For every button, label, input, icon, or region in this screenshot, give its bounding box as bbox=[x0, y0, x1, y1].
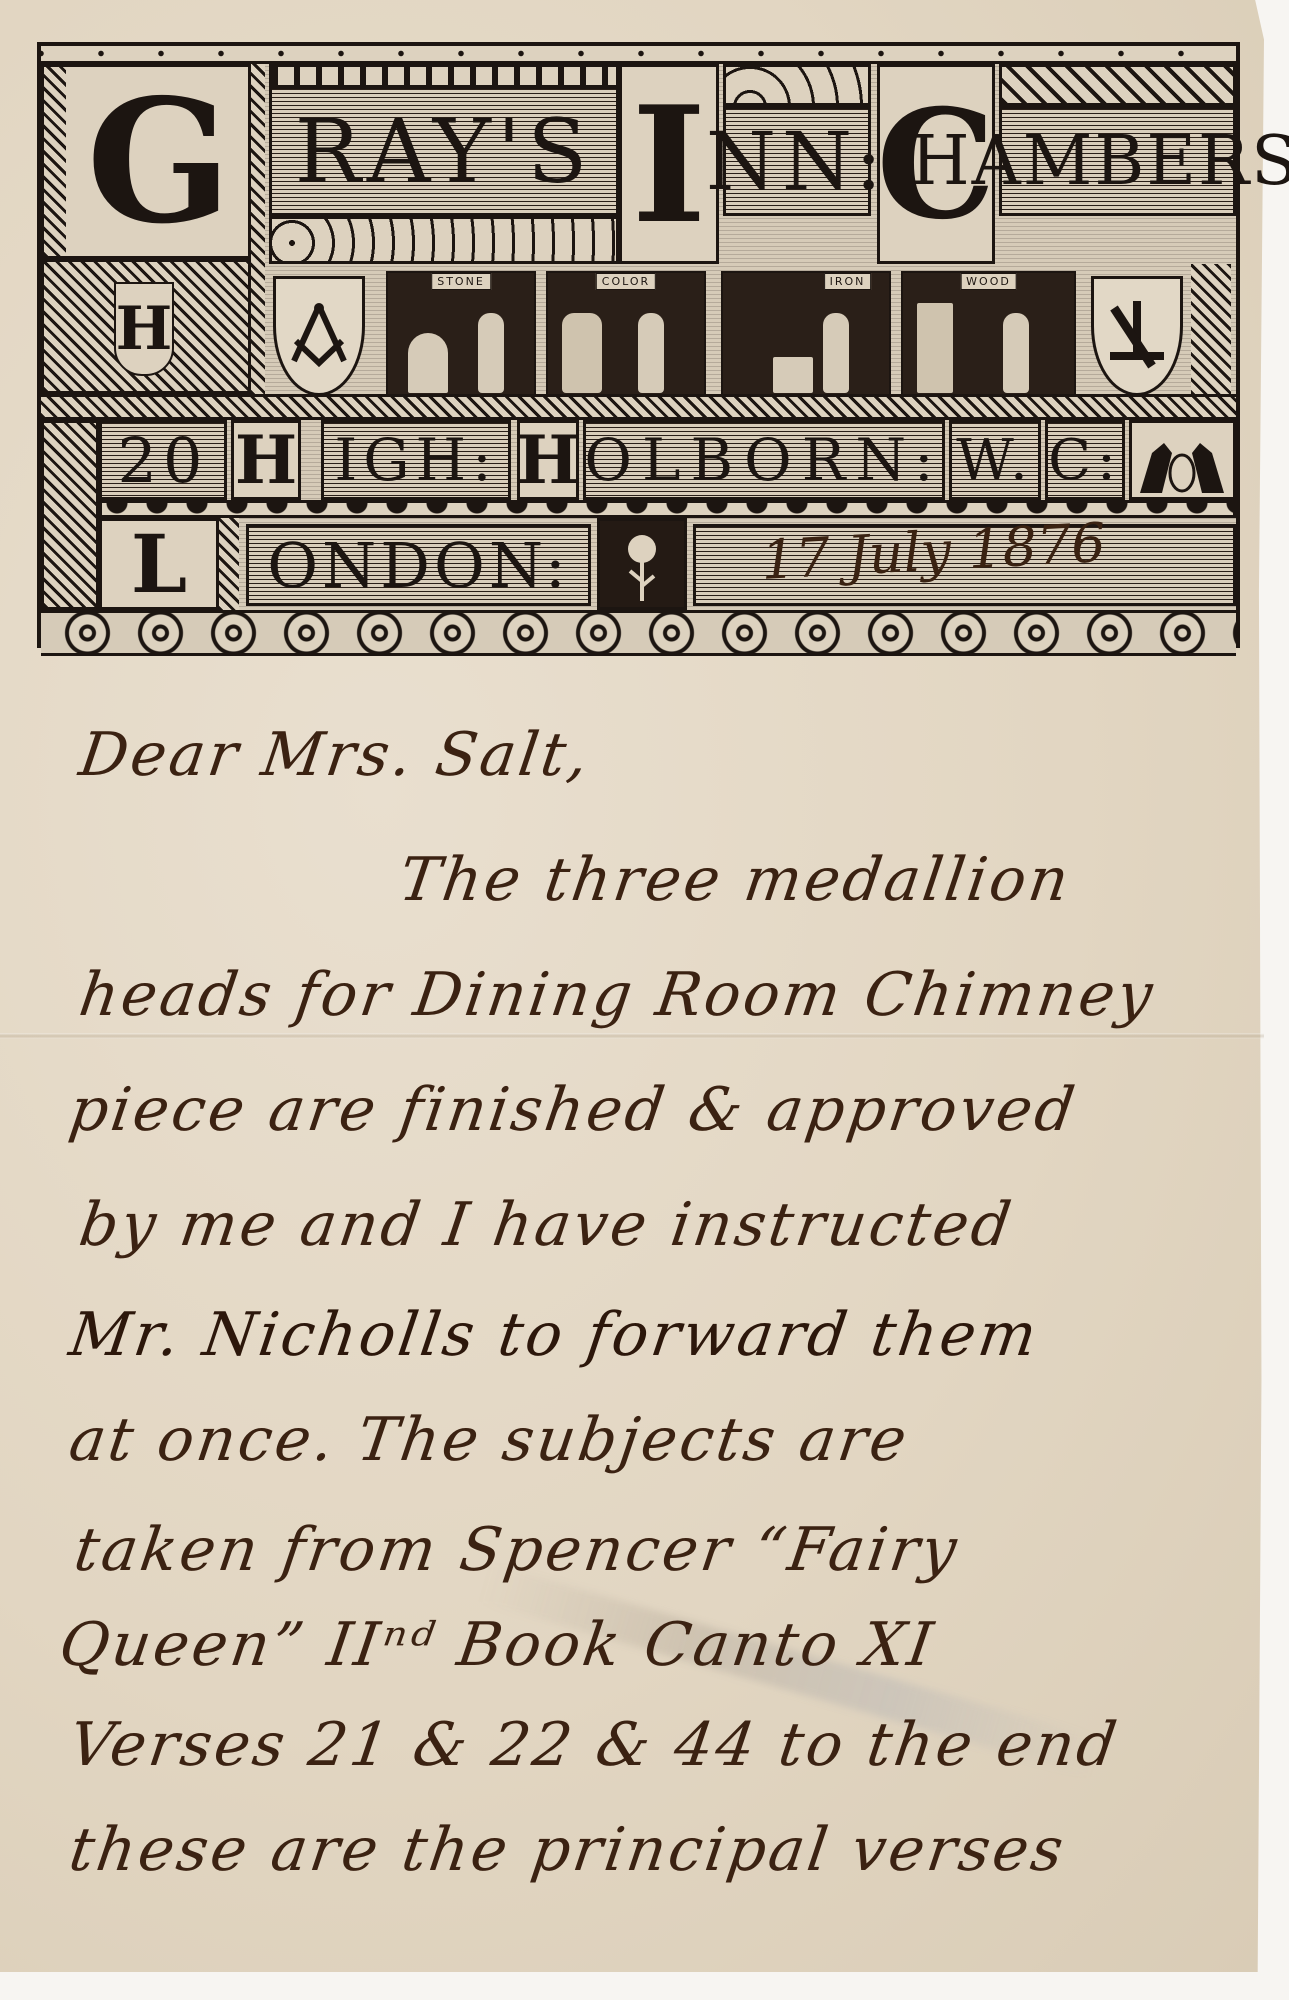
fold-crease bbox=[0, 1033, 1264, 1039]
hambers-panel: HAMBERS: bbox=[999, 106, 1236, 216]
salutation: Dear Mrs. Salt, bbox=[75, 720, 595, 790]
initial-l: L bbox=[102, 521, 216, 607]
high-panel: IGH: bbox=[321, 420, 511, 500]
letter-line-6: at once. The subjects are bbox=[65, 1405, 914, 1475]
letter-line-2: heads for Dining Room Chimney bbox=[75, 960, 1159, 1030]
frieze-1 bbox=[269, 64, 619, 88]
letter-line-4: by me and I have instructed bbox=[75, 1190, 1018, 1260]
london-panel: ONDON: bbox=[246, 524, 591, 606]
frieze-2 bbox=[269, 216, 619, 264]
plumb-rule-icon bbox=[1102, 296, 1172, 376]
letter-line-1: The three medallion bbox=[395, 845, 1076, 915]
left-column bbox=[41, 420, 99, 610]
initial-g: G bbox=[74, 77, 244, 247]
word-london: ONDON: bbox=[249, 527, 588, 603]
craft-panel-wood: WOOD bbox=[901, 271, 1076, 401]
initial-h2-panel: H bbox=[517, 420, 579, 500]
hatch-panel: H bbox=[41, 259, 251, 394]
craft-label-color: COLOR bbox=[596, 273, 656, 290]
letter-line-10: these are the principal verses bbox=[65, 1815, 1070, 1885]
letter-line-7: taken from Spencer “Fairy bbox=[70, 1515, 964, 1585]
craft-panel-stone: STONE bbox=[386, 271, 536, 401]
word-grays: RAY'S bbox=[272, 89, 616, 213]
word-high: IGH: bbox=[324, 423, 508, 497]
initial-h1: H bbox=[234, 423, 298, 497]
masonic-shield bbox=[273, 276, 365, 396]
grays-panel: RAY'S bbox=[269, 86, 619, 216]
number-panel: 20 bbox=[99, 420, 227, 500]
letter-line-8: Queen” IIⁿᵈ Book Canto XI bbox=[55, 1610, 940, 1680]
birds-panel bbox=[1129, 420, 1236, 500]
rosette-band bbox=[41, 610, 1236, 656]
thistle-icon bbox=[600, 521, 684, 607]
craft-label-iron: IRON bbox=[824, 273, 872, 290]
c-panel: C: bbox=[1045, 420, 1125, 500]
initial-i: I bbox=[622, 77, 716, 252]
arch-frieze bbox=[723, 64, 871, 106]
craft-panel-iron: IRON bbox=[721, 271, 891, 401]
letterhead: G RAY'S I NN: C HAMBERS: H STONE COLOR bbox=[37, 42, 1240, 648]
letter-line-5: Mr. Nicholls to forward them bbox=[65, 1300, 1044, 1370]
h-badge: H bbox=[114, 282, 174, 376]
birds-and-urn-icon bbox=[1132, 423, 1232, 497]
holborn-panel: OLBORN: bbox=[583, 420, 945, 500]
initial-h2: H bbox=[520, 423, 576, 497]
craft-label-stone: STONE bbox=[431, 273, 491, 290]
initial-h1-panel: H bbox=[231, 420, 301, 500]
w-panel: W. bbox=[949, 420, 1041, 500]
inn-panel: NN: bbox=[723, 106, 871, 216]
word-w: W. bbox=[952, 423, 1038, 497]
street-number: 20 bbox=[102, 423, 224, 497]
word-c: C: bbox=[1048, 423, 1122, 497]
plumb-shield bbox=[1091, 276, 1183, 396]
initial-l-panel: L bbox=[99, 518, 219, 610]
craft-panel-color: COLOR bbox=[546, 271, 706, 401]
letter-line-3: piece are finished & approved bbox=[65, 1075, 1082, 1145]
word-holborn: OLBORN: bbox=[586, 423, 942, 497]
square-compass-icon bbox=[284, 301, 354, 371]
word-hambers: HAMBERS: bbox=[1002, 109, 1233, 213]
initial-g-panel: G bbox=[41, 64, 251, 259]
leaf-frieze bbox=[999, 64, 1236, 106]
thistle-panel bbox=[597, 518, 687, 610]
word-inn: NN: bbox=[726, 109, 868, 213]
craft-label-wood: WOOD bbox=[960, 273, 1017, 290]
ornament-column-right bbox=[1191, 264, 1231, 394]
letter-line-9: Verses 21 & 22 & 44 to the end bbox=[65, 1710, 1123, 1780]
ornament-column bbox=[251, 64, 265, 394]
divider-band bbox=[41, 394, 1236, 420]
initial-i-panel: I bbox=[619, 64, 719, 264]
